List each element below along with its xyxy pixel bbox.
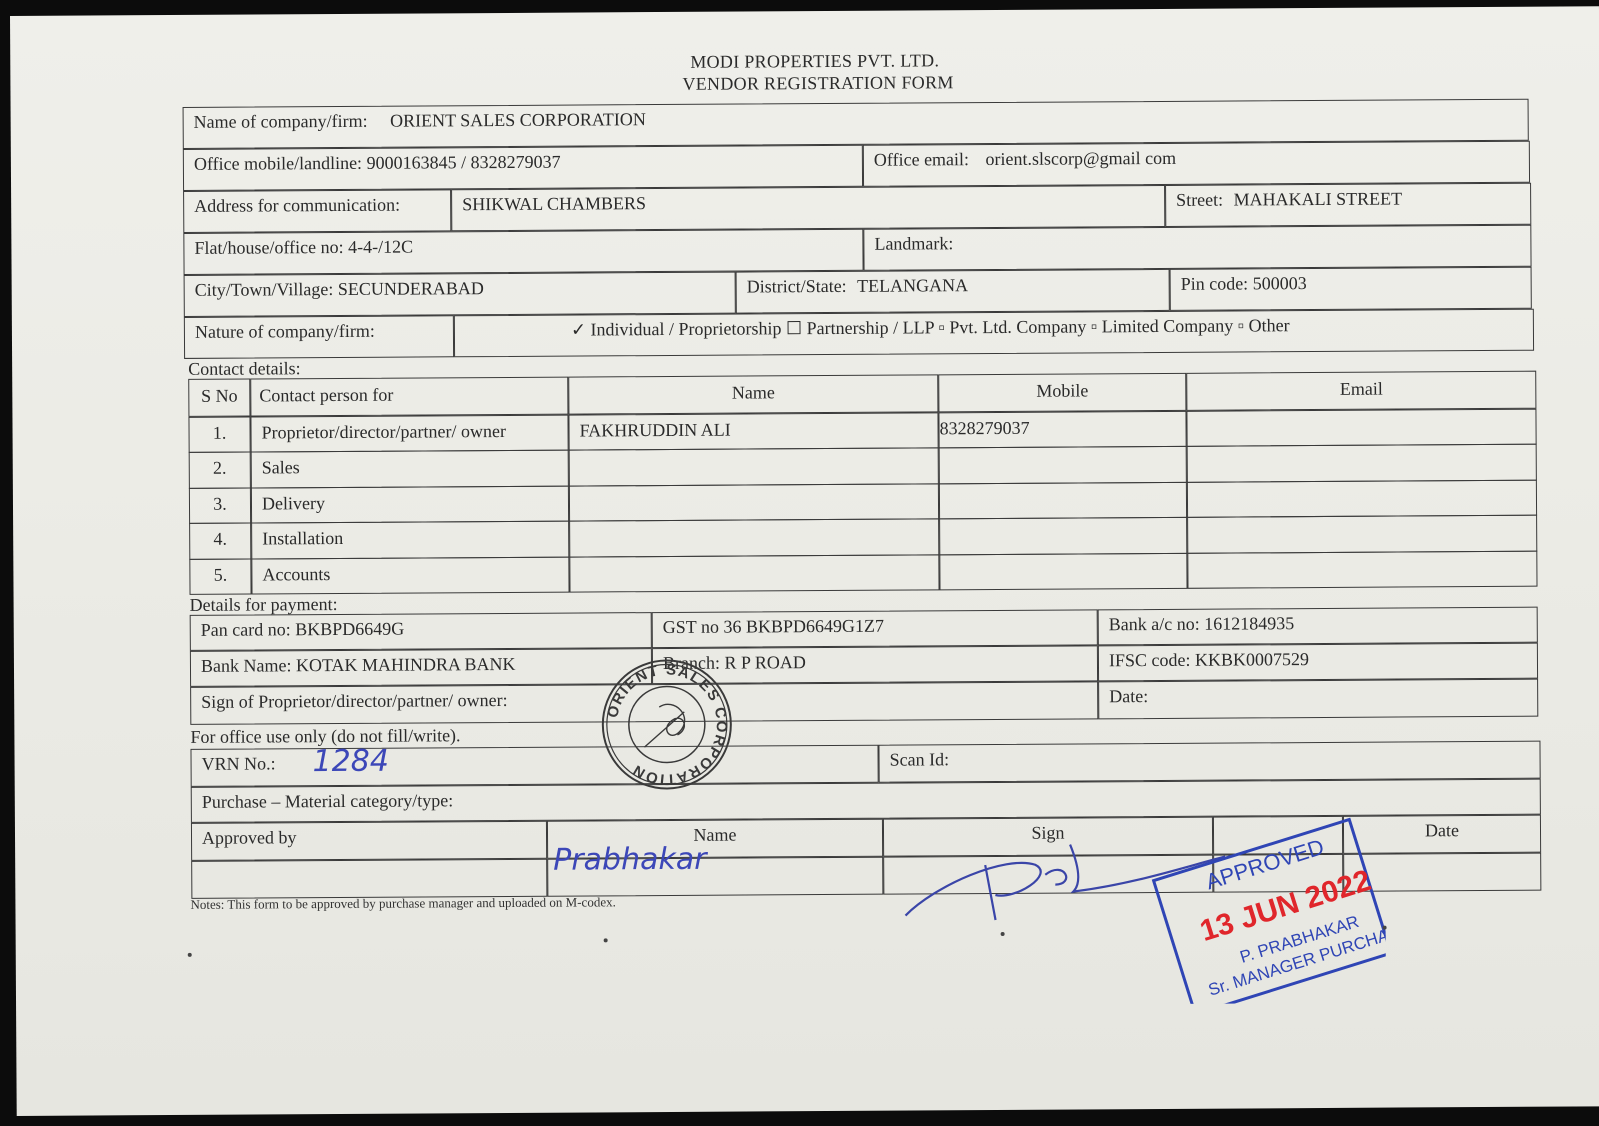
company-name-value: ORIENT SALES CORPORATION [390,109,646,131]
scan-id-field: Scan Id: [878,741,1540,783]
contacts-cell-text: FAKHRUDDIN ALI [579,419,730,440]
flat-value: 4-4-/12C [348,237,413,257]
contacts-row-4-email [1187,515,1537,554]
nature-label: Nature of company/firm: [195,321,375,342]
contacts-header-name: Name [568,374,938,414]
contacts-row-5-email [1187,550,1537,589]
approver-row-blank [191,859,547,899]
pan-value: BKBPD6649G [295,619,404,640]
vrn-field: VRN No.: [190,745,878,787]
account-label: Bank a/c no: [1109,614,1200,635]
speck [604,938,608,942]
city-field: City/Town/Village: SECUNDERABAD [184,272,736,317]
payment-date-field: Date: [1098,679,1538,720]
contacts-row-2-name [569,447,939,486]
scan-id-label: Scan Id: [889,749,949,769]
nature-label-cell: Nature of company/firm: [184,315,454,359]
contacts-header-label: Contact person for [259,385,393,406]
payment-date-label: Date: [1109,686,1148,706]
account-field: Bank a/c no: 1612184935 [1098,607,1538,646]
contacts-cell-text: Proprietor/director/partner/ owner [261,420,506,441]
bank-label: Bank Name: [201,655,292,676]
city-label: City/Town/Village: [195,279,334,300]
contacts-cell-text: Accounts [262,564,330,584]
contacts-row-1-mobile: 8328279037 [938,410,1186,448]
phone-field: Office mobile/landline: 9000163845 / 832… [183,145,863,191]
contacts-cell-text: 5. [214,564,228,584]
contacts-row-1-sno: 1. [188,416,250,453]
speck [188,953,192,957]
ifsc-field: IFSC code: KKBK0007529 [1098,643,1538,682]
contacts-row-5-sno: 5. [189,558,251,595]
contacts-header-label: Email [1340,379,1383,399]
vrn-label: VRN No.: [202,753,276,773]
street-field: Street: MAHAKALI STREET [1165,183,1531,227]
contacts-header-mobile: Mobile [938,373,1186,412]
contacts-header-label: Mobile [1036,380,1088,400]
pin-label: Pin code: [1181,273,1249,293]
gst-label: GST no [663,617,719,637]
account-value: 1612184935 [1204,613,1294,634]
street-label: Street: [1176,190,1223,210]
contacts-row-1-role: Proprietor/director/partner/ owner [250,414,568,452]
approver-handwritten-name: Prabhakar [553,842,707,878]
contacts-table: S NoContact person forNameMobileEmail1.P… [10,6,1599,16]
landmark-label: Landmark: [874,233,953,253]
contacts-cell-text: Delivery [262,493,325,513]
city-value: SECUNDERABAD [338,278,484,299]
address-value: SHIKWAL CHAMBERS [462,193,646,214]
speck [1383,926,1387,930]
bank-field: Bank Name: KOTAK MAHINDRA BANK [190,648,652,687]
date-header: Date [1425,820,1459,840]
material-category-label: Purchase – Material category/type: [202,790,454,812]
nature-options: ✓ Individual / Proprietorship ☐ Partners… [454,309,1534,358]
approved-by-label-cell: Approved by [191,821,547,861]
state-value: TELANGANA [857,275,968,296]
contacts-row-1-name: FAKHRUDDIN ALI [568,412,938,451]
form-title: VENDOR REGISTRATION FORM [682,72,953,95]
ifsc-label: IFSC code: [1109,650,1191,670]
pin-field: Pin code: 500003 [1170,267,1532,311]
phone-label: Office mobile/landline: [194,153,362,174]
state-field: District/State: TELANGANA [736,269,1170,314]
contacts-row-2-mobile [939,446,1187,484]
pan-field: Pan card no: BKBPD6649G [190,612,652,651]
street-value: MAHAKALI STREET [1234,188,1403,209]
flat-label: Flat/house/office no: [194,237,343,258]
payment-section-label: Details for payment: [190,594,338,616]
contacts-header-email: Email [1186,371,1536,411]
phone-value: 9000163845 / 8328279037 [366,152,560,173]
speck [1001,932,1005,936]
branch-value: R P ROAD [724,652,805,672]
gst-value: 36 BKBPD6649G1Z7 [723,616,884,637]
vrn-handwritten-value: 1284 [312,744,389,779]
contacts-cell-text: 1. [213,422,227,442]
address-label: Address for communication: [194,195,400,216]
state-label: District/State: [747,276,847,297]
pin-value: 500003 [1253,273,1307,293]
contacts-row-4-sno: 4. [189,523,251,560]
contacts-row-3-sno: 3. [189,487,251,524]
company-title: MODI PROPERTIES PVT. LTD. [690,50,939,73]
ifsc-value: KKBK0007529 [1195,649,1309,670]
pan-label: Pan card no: [201,619,291,640]
gst-field: GST no 36 BKBPD6649G1Z7 [652,609,1098,648]
company-seal-stamp: ORIENT SALES CORPORATION [599,657,735,793]
contacts-header-label: Name [732,382,775,402]
address-label-cell: Address for communication: [183,189,451,233]
contacts-row-2-sno: 2. [189,452,251,489]
contacts-row-2-role: Sales [251,450,569,488]
email-field: Office email: orient.slscorp@gmail com [863,141,1530,187]
contacts-row-3-name [569,483,939,522]
contact-section-label: Contact details: [188,358,301,380]
contacts-header-label: S No [201,386,238,406]
contacts-header-sno: S No [188,379,250,417]
contacts-cell-text: 8328279037 [939,417,1029,438]
contacts-row-5-mobile [939,552,1187,590]
contacts-row-4-role: Installation [251,521,569,559]
sign-label: Sign of Proprietor/director/partner/ own… [201,690,508,712]
address-field: SHIKWAL CHAMBERS [451,185,1165,231]
contacts-row-5-role: Accounts [251,556,569,594]
nature-options-text: ✓ Individual / Proprietorship ☐ Partners… [571,315,1290,339]
contacts-row-3-role: Delivery [251,485,569,523]
contacts-cell-text: Sales [262,457,300,477]
company-name-label: Name of company/firm: [194,111,368,132]
contacts-header-role: Contact person for [250,377,568,416]
contacts-row-5-name [569,554,939,593]
approved-stamp: APPROVED 13 JUN 2022 P. PRABHAKAR Sr. MA… [1145,803,1386,1004]
contacts-cell-text: 2. [213,458,227,478]
contacts-cell-text: Installation [262,528,343,548]
bank-value: KOTAK MAHINDRA BANK [296,654,516,675]
email-label: Office email: [874,149,969,170]
contacts-row-2-email [1187,444,1537,483]
contacts-row-1-email [1186,408,1536,447]
flat-field: Flat/house/office no: 4-4-/12C [183,229,863,275]
email-value: orient.slscorp@gmail com [985,148,1176,169]
contacts-row-3-mobile [939,481,1187,519]
contacts-row-3-email [1187,479,1537,518]
contacts-row-4-mobile [939,517,1187,555]
contacts-cell-text: 4. [213,529,227,549]
vendor-registration-form: MODI PROPERTIES PVT. LTD. VENDOR REGISTR… [10,6,1599,1116]
approved-by-label: Approved by [202,827,297,848]
notes-text: Notes: This form to be approved by purch… [190,894,615,913]
landmark-field: Landmark: [863,225,1531,271]
contacts-cell-text: 3. [213,493,227,513]
contacts-row-4-name [569,518,939,557]
